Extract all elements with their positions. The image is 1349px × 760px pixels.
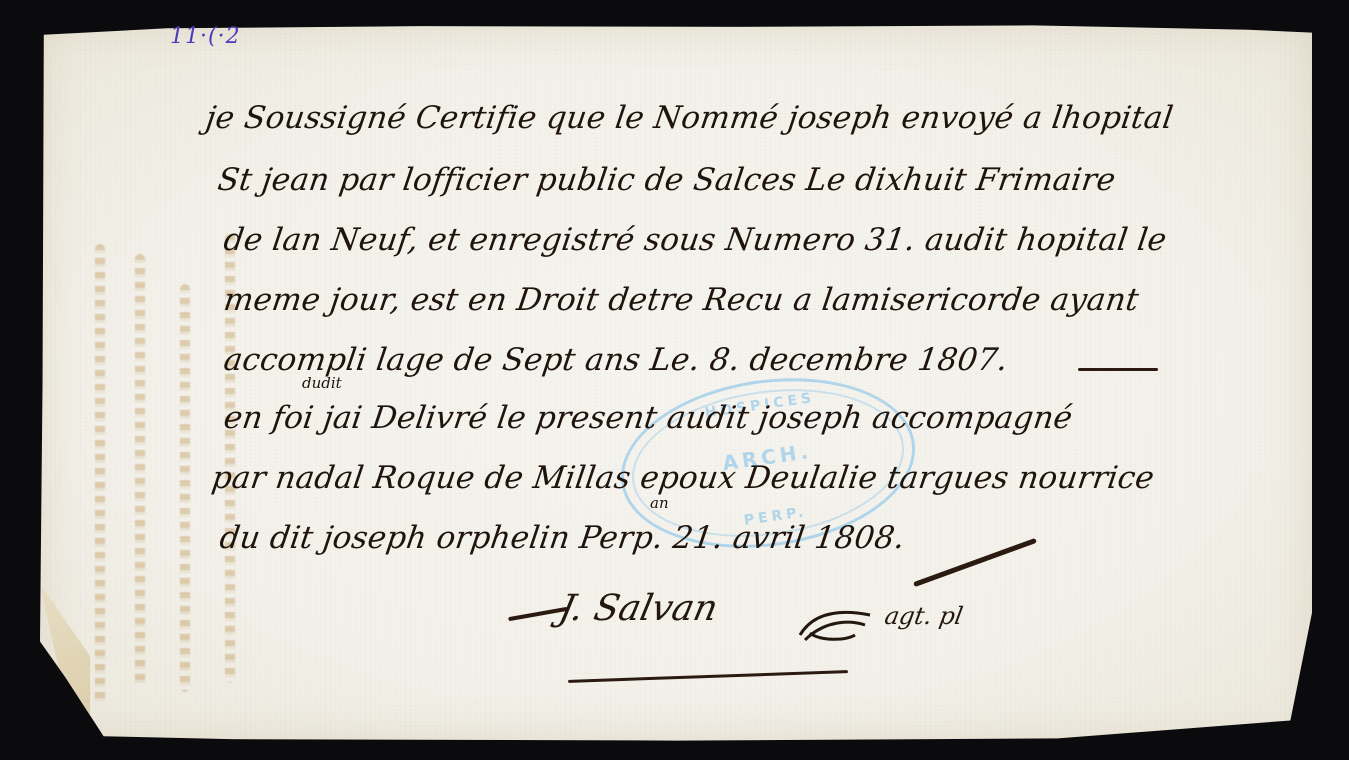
text-line-2: St jean par lofficier public de Salces L…	[215, 162, 1117, 198]
bleed-column	[95, 244, 105, 703]
interlinear-note-dudit: dudit	[302, 374, 342, 392]
bleed-column	[135, 254, 145, 688]
signature: J. Salvan	[556, 588, 722, 629]
signature-paraph-icon	[795, 605, 875, 645]
signature-title: agt. pl	[883, 602, 966, 630]
line-end-dash	[1078, 368, 1158, 371]
text-line-7: par nadal Roque de Millas epoux Deulalie…	[209, 460, 1156, 496]
text-line-4: meme jour, est en Droit detre Recu a lam…	[221, 282, 1141, 318]
text-line-3: de lan Neuf, et enregistré sous Numero 3…	[221, 222, 1168, 258]
text-line-6: en foi jai Delivré le present audit jose…	[221, 400, 1074, 436]
text-line-1: je Soussigné Certifie que le Nommé josep…	[203, 100, 1175, 136]
document-scan: 11·(·2 HOSPICES ARCH. PERP. je Soussigné…	[0, 0, 1349, 760]
text-line-8: du dit joseph orphelin Perp. 21. avril 1…	[217, 520, 907, 556]
text-line-5: accompli lage de Sept ans Le. 8. decembr…	[221, 342, 1010, 378]
bleed-column	[180, 284, 190, 692]
interlinear-note-an: an	[650, 494, 669, 512]
archive-reference: 11·(·2	[170, 24, 241, 49]
